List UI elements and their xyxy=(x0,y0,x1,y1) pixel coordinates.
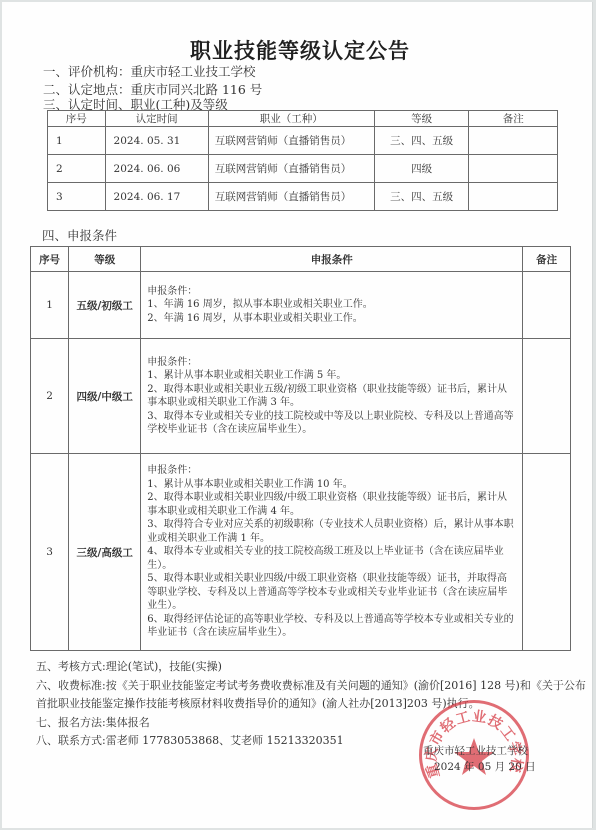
cell-level: 四级 xyxy=(374,155,469,183)
cell-note xyxy=(523,272,571,339)
cell-note xyxy=(523,454,571,651)
issuer-name: 重庆市轻工业技工学校 xyxy=(423,743,528,758)
item-registration: 七、报名方法:集体报名 xyxy=(36,714,150,730)
cell-conditions: 申报条件： 1、累计从事本职业或相关职业工作满 5 年。 2、取得本职业或相关职… xyxy=(141,339,523,454)
condition-line: 申报条件： xyxy=(147,356,516,370)
cell-level: 四级/中级工 xyxy=(69,339,141,454)
cell-num: 1 xyxy=(48,127,106,155)
cell-level: 三、四、五级 xyxy=(374,127,469,155)
cell-job: 互联网营销师（直播销售员） xyxy=(208,155,374,183)
table-row: 2 2024. 06. 06 互联网营销师（直播销售员） 四级 xyxy=(48,155,558,183)
header-note: 备注 xyxy=(523,247,571,272)
header-note: 备注 xyxy=(469,111,558,127)
condition-line: 3、取得本专业或相关专业的技工院校或中等及以上职业院校、专科及以上普通高等学校毕… xyxy=(147,410,516,437)
condition-line: 6、取得经评估论证的高等职业学校、专科及以上普通高等学校本专业或相关专业的毕业证… xyxy=(147,613,516,640)
header-num: 序号 xyxy=(48,111,106,127)
condition-line: 2、取得本职业或相关职业四级/中级工职业资格（职业技能等级）证书后，累计从事本职… xyxy=(147,491,516,518)
header-num: 序号 xyxy=(31,247,69,272)
cell-num: 2 xyxy=(31,339,69,454)
cell-level: 五级/初级工 xyxy=(69,272,141,339)
cell-note xyxy=(523,339,571,454)
condition-line: 申报条件： xyxy=(147,464,516,478)
item-contact: 八、联系方式:雷老师 17783053868、艾老师 15213320351 xyxy=(36,732,344,748)
cell-date: 2024. 06. 06 xyxy=(105,155,208,183)
cell-note xyxy=(469,183,558,211)
condition-line: 5、取得本职业或相关职业四级/中级工职业资格（职业技能等级）证书，并取得高等职业… xyxy=(147,572,516,613)
table-header-row: 序号 认定时间 职业（工种） 等级 备注 xyxy=(48,111,558,127)
page-title: 职业技能等级认定公告 xyxy=(2,35,596,65)
header-date: 认定时间 xyxy=(105,111,208,127)
condition-line: 申报条件： xyxy=(147,285,516,299)
issue-date: 2024 年 05 月 20 日 xyxy=(434,759,536,774)
cell-note xyxy=(469,127,558,155)
cell-conditions: 申报条件： 1、年满 16 周岁，拟从事本职业或相关职业工作。 2、年满 16 … xyxy=(141,272,523,339)
condition-line: 1、年满 16 周岁，拟从事本职业或相关职业工作。 xyxy=(147,298,516,312)
cell-conditions: 申报条件： 1、累计从事本职业或相关职业工作满 10 年。 2、取得本职业或相关… xyxy=(141,454,523,651)
cell-job: 互联网营销师（直播销售员） xyxy=(208,183,374,211)
document-page: 职业技能等级认定公告 一、评价机构：重庆市轻工业技工学校 二、认定地点：重庆市同… xyxy=(2,2,593,828)
cell-num: 3 xyxy=(48,183,106,211)
condition-line: 3、取得符合专业对应关系的初级职称（专业技术人员职业资格）后，累计从事本职业或相… xyxy=(147,518,516,545)
table-header-row: 序号 等级 申报条件 备注 xyxy=(31,247,571,272)
cell-level: 三、四、五级 xyxy=(374,183,469,211)
conditions-table: 序号 等级 申报条件 备注 1 五级/初级工 申报条件： 1、年满 16 周岁，… xyxy=(30,246,571,651)
condition-line: 2、年满 16 周岁，从事本职业或相关职业工作。 xyxy=(147,312,516,326)
conditions-section-heading: 四、申报条件 xyxy=(42,226,117,244)
item-assessment: 五、考核方式:理论(笔试)，技能(实操) xyxy=(36,658,222,674)
header-conditions: 申报条件 xyxy=(141,247,523,272)
condition-line: 1、累计从事本职业或相关职业工作满 10 年。 xyxy=(147,478,516,492)
item-fees-line1: 六、收费标准:按《关于职业技能鉴定考试考务费收费标准及有关问题的通知》(渝价[2… xyxy=(36,677,586,693)
item-evaluation-org: 一、评价机构：重庆市轻工业技工学校 xyxy=(43,62,256,80)
table-row: 1 五级/初级工 申报条件： 1、年满 16 周岁，拟从事本职业或相关职业工作。… xyxy=(31,272,571,339)
table-row: 1 2024. 05. 31 互联网营销师（直播销售员） 三、四、五级 xyxy=(48,127,558,155)
table-row: 3 三级/高级工 申报条件： 1、累计从事本职业或相关职业工作满 10 年。 2… xyxy=(31,454,571,651)
header-level: 等级 xyxy=(69,247,141,272)
header-level: 等级 xyxy=(374,111,469,127)
condition-line: 4、取得本专业或相关专业的技工院校高级工班及以上毕业证书（含在读应届毕业生）。 xyxy=(147,545,516,572)
cell-level: 三级/高级工 xyxy=(69,454,141,651)
condition-line: 1、累计从事本职业或相关职业工作满 5 年。 xyxy=(147,369,516,383)
cell-num: 3 xyxy=(31,454,69,651)
condition-line: 2、取得本职业或相关职业五级/初级工职业资格（职业技能等级）证书后，累计从事本职… xyxy=(147,383,516,410)
cell-date: 2024. 06. 17 xyxy=(105,183,208,211)
header-job: 职业（工种） xyxy=(208,111,374,127)
cell-num: 2 xyxy=(48,155,106,183)
cell-note xyxy=(469,155,558,183)
cell-job: 互联网营销师（直播销售员） xyxy=(208,127,374,155)
schedule-table: 序号 认定时间 职业（工种） 等级 备注 1 2024. 05. 31 互联网营… xyxy=(47,110,558,211)
cell-date: 2024. 05. 31 xyxy=(105,127,208,155)
item-fees-line2: 首批职业技能鉴定操作技能考核原材料收费指导价的通知》(渝人社办[2013]203… xyxy=(36,695,480,711)
table-row: 3 2024. 06. 17 互联网营销师（直播销售员） 三、四、五级 xyxy=(48,183,558,211)
table-row: 2 四级/中级工 申报条件： 1、累计从事本职业或相关职业工作满 5 年。 2、… xyxy=(31,339,571,454)
cell-num: 1 xyxy=(31,272,69,339)
